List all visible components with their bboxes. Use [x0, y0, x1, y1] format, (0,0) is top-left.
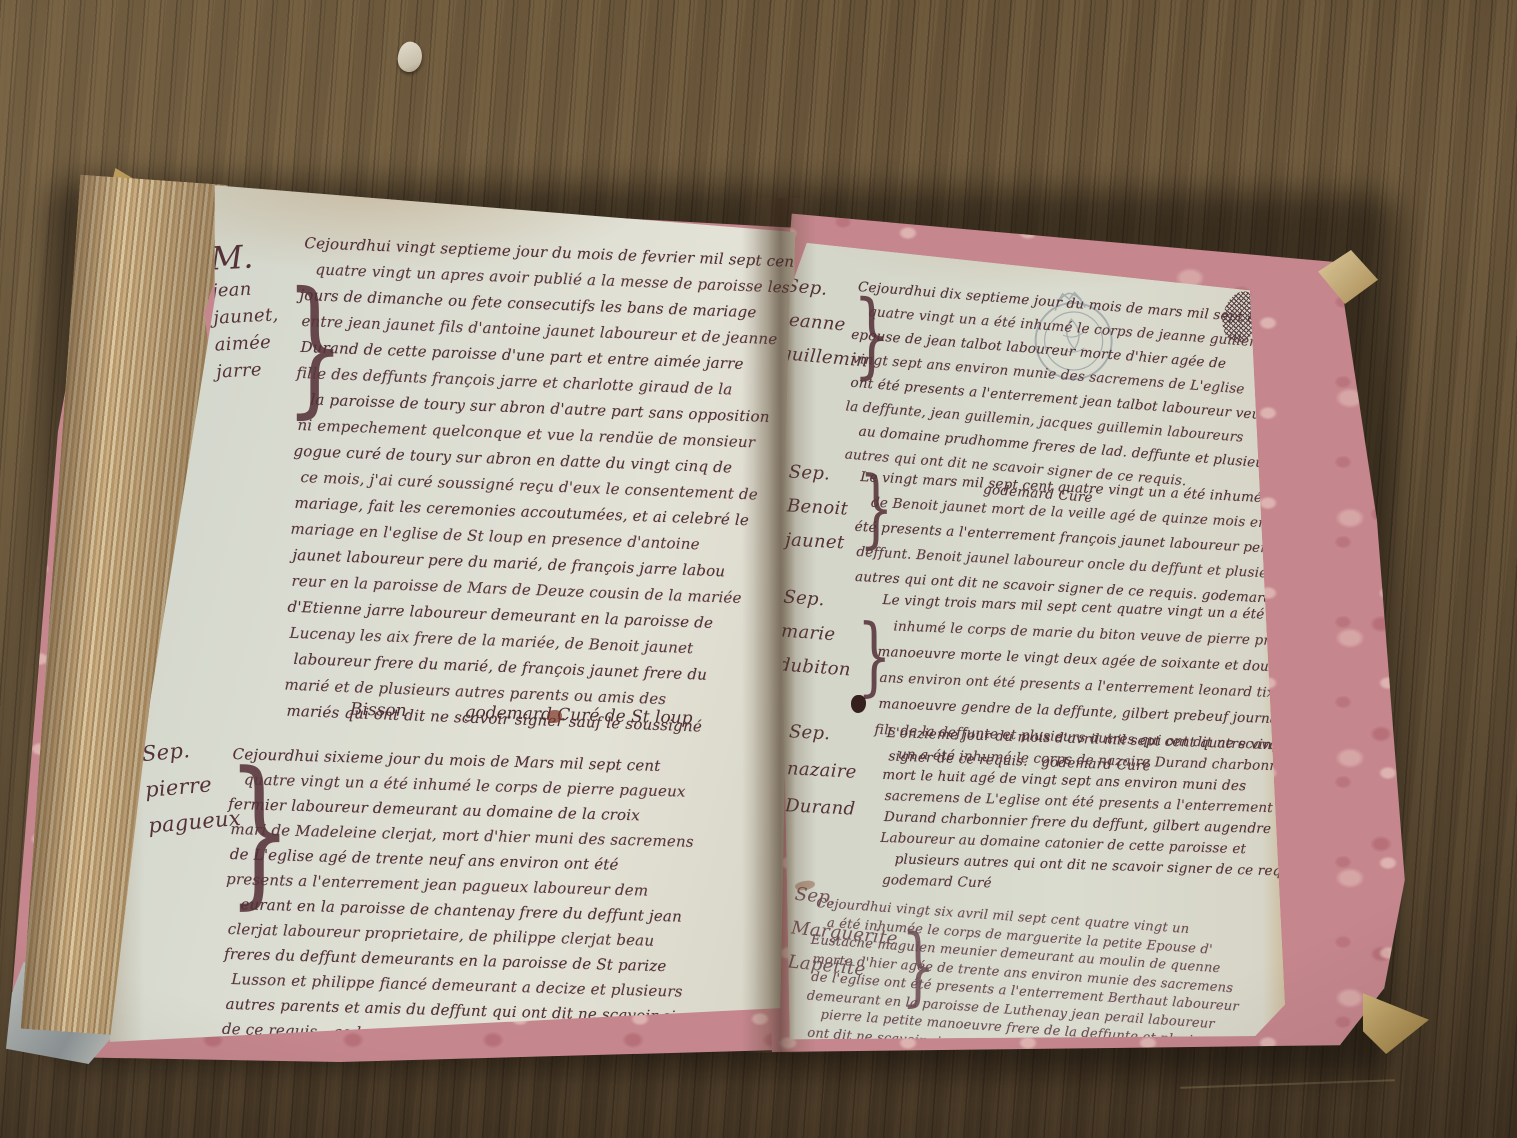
entry-body-text: Cejourdhui sixieme jour du mois de Mars … [225, 742, 719, 1055]
wood-scratch [1180, 1079, 1395, 1089]
paper-speck-on-table [394, 39, 426, 75]
right-page: Sep.jeanneguillemin } Cejourdhui dix sep… [775, 235, 1305, 1040]
burial-entry-marguerite-lapetite: Sep.MargueriteLapetite } Cejourdhui ving… [775, 235, 1305, 1040]
photo-open-parish-register-on-wooden-table: M. jeanjaunet,aiméejarre } Cejourdhui vi… [0, 0, 1517, 1138]
